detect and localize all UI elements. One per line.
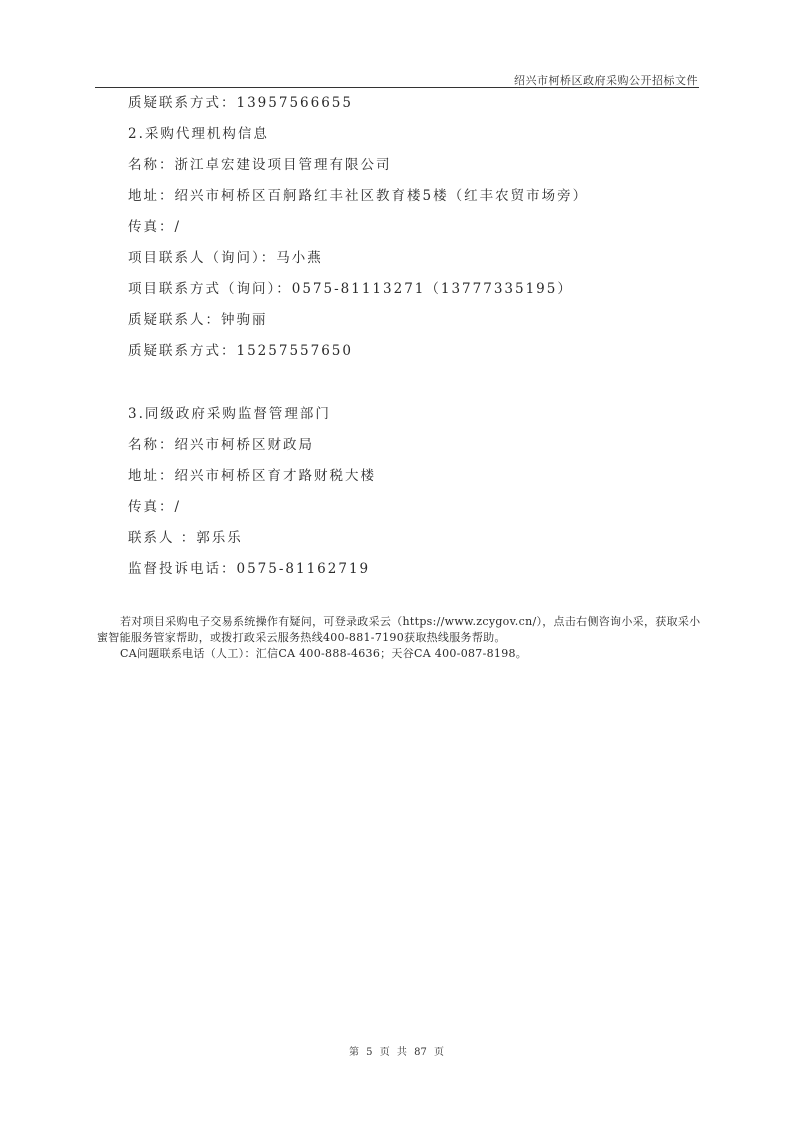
section-heading-supervision: 3.同级政府采购监督管理部门	[128, 402, 331, 422]
agency-question-phone: 质疑联系方式：15257557650	[128, 339, 353, 359]
agency-question-contact: 质疑联系人：钟驹丽	[128, 308, 268, 328]
header-divider	[95, 87, 699, 88]
agency-address: 地址：绍兴市柯桥区百舸路红丰社区教育楼5楼（红丰农贸市场旁）	[128, 184, 588, 204]
agency-fax: 传真：/	[128, 215, 181, 235]
help-notice-platform: 若对项目采购电子交易系统操作有疑问，可登录政采云（https://www.zcy…	[97, 614, 701, 646]
agency-project-phone: 项目联系方式（询问）：0575-81113271（13777335195）	[128, 277, 573, 297]
section-heading-agency: 2.采购代理机构信息	[128, 122, 269, 142]
supervision-complaint-phone: 监督投诉电话：0575-81162719	[128, 557, 370, 577]
supervision-name: 名称：绍兴市柯桥区财政局	[128, 433, 314, 453]
supervision-address: 地址：绍兴市柯桥区育才路财税大楼	[128, 464, 376, 484]
agency-project-contact: 项目联系人（询问）：马小燕	[128, 246, 323, 266]
page-number: 第 5 页 共 87 页	[0, 1043, 793, 1058]
supervision-contact: 联系人 ：郭乐乐	[128, 526, 243, 546]
help-notice: 若对项目采购电子交易系统操作有疑问，可登录政采云（https://www.zcy…	[97, 614, 701, 662]
agency-name: 名称：浙江卓宏建设项目管理有限公司	[128, 153, 392, 173]
document-header-title: 绍兴市柯桥区政府采购公开招标文件	[514, 72, 698, 88]
supervision-fax: 传真：/	[128, 495, 181, 515]
question-contact-phone: 质疑联系方式：13957566655	[128, 91, 353, 111]
help-notice-ca: CA问题联系电话（人工）：汇信CA 400-888-4636；天谷CA 400-…	[97, 646, 701, 662]
